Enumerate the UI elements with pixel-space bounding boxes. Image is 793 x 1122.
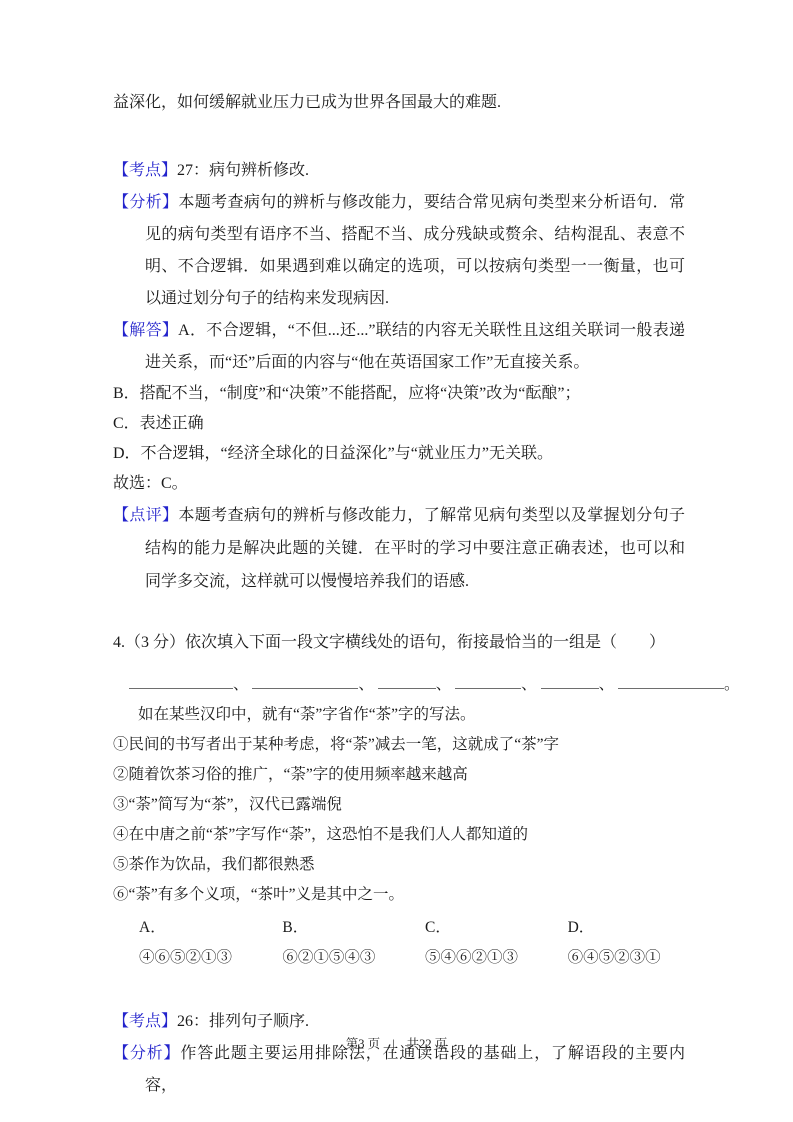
sentence-item-5: ⑤茶作为饮品，我们都很熟悉 [113,850,685,880]
blank-lines-row: 、 、 、 、 、 。 [113,672,685,698]
question4-stem: 4.（3 分）依次填入下面一段文字横线处的语句，衔接最恰当的一组是（ ） [113,628,685,658]
blank-separator: 、 [436,676,452,693]
fenxi-text: 作答此题主要运用排除法，在通读语段的基础上，了解语段的主要内容， [145,1045,685,1094]
blank-line [455,673,521,689]
jieda-paragraph-q3: 【解答】A．不合逻辑，“不但...还...”联结的内容无关联性且这组关联词一般表… [113,315,685,379]
blank-line [378,673,436,689]
blank-line [541,673,599,689]
fenxi-text: 本题考查病句的辨析与修改能力，要结合常见病句类型来分析语句．常见的病句类型有语序… [145,194,685,307]
blank-line [252,673,358,689]
kaodian-text: 27：病句辨析修改. [177,162,309,179]
page-content: 益深化，如何缓解就业压力已成为世界各国最大的难题. 【考点】27：病句辨析修改.… [113,92,685,1102]
jieda-label: 【解答】 [113,322,178,339]
footer-page-current: 第3 页 [346,1037,380,1051]
sentence-item-4: ④在中唐之前“茶”字写作“荼”，这恐怕不是我们人人都知道的 [113,820,685,850]
sentence-item-3: ③“荼”简写为“茶”，汉代已露端倪 [113,790,685,820]
footer-separator: | [392,1037,395,1051]
document-page: 益深化，如何缓解就业压力已成为世界各国最大的难题. 【考点】27：病句辨析修改.… [0,0,793,1122]
page-footer: 第3 页|共22 页 [0,1034,793,1052]
sentence-item-2: ②随着饮茶习俗的推广，“荼”字的使用频率越来越高 [113,760,685,790]
blank-separator: 、 [599,676,615,693]
kaodian-label: 【考点】 [113,162,177,179]
kaodian-label: 【考点】 [113,1013,177,1030]
sentence-item-1: ①民间的书写者出于某种考虑，将“荼”减去一笔，这就成了“茶”字 [113,730,685,760]
blank-separator: 、 [521,676,537,693]
blank-separator: 、 [358,676,374,693]
option-b: B．⑥②①⑤④③ [282,913,399,973]
sentence-item-6: ⑥“荼”有多个义项，“茶叶”义是其中之一。 [113,880,685,910]
sentence-end-mark: 。 [724,676,740,693]
footer-page-total: 共22 页 [407,1037,448,1051]
blank-line [129,673,233,689]
dianping-text: 本题考查病句的辨析与修改能力，了解常见病句类型以及掌握划分句子结构的能力是解决此… [145,507,685,590]
option-d: D．⑥④⑤②③① [568,913,685,973]
answer-options-row: A．④⑥⑤②①③ B．⑥②①⑤④③ C．⑤④⑥②①③ D．⑥④⑤②③① [113,913,685,973]
kaodian-paragraph-q3: 【考点】27：病句辨析修改. [113,155,685,187]
fenxi-label: 【分析】 [113,194,178,211]
blank-separator: 、 [233,676,249,693]
blank-line [618,673,724,689]
fenxi-paragraph-q3: 【分析】本题考查病句的辨析与修改能力，要结合常见病句类型来分析语句．常见的病句类… [113,187,685,315]
option-c: C．⑤④⑥②①③ [425,913,542,973]
dianping-paragraph-q3: 【点评】本题考查病句的辨析与修改能力，了解常见病句类型以及掌握划分句子结构的能力… [113,499,685,598]
dianping-label: 【点评】 [113,507,178,524]
question4-context-line: 如在某些汉印中，就有“荼”字省作“茶”字的写法。 [113,700,685,730]
kaodian-text: 26：排列句子顺序. [177,1013,309,1030]
option-b-analysis: B．搭配不当，“制度”和“决策”不能搭配，应将“决策”改为“酝酿”； [113,379,685,409]
paragraph-continuation: 益深化，如何缓解就业压力已成为世界各国最大的难题. [113,92,685,114]
option-a: A．④⑥⑤②①③ [139,913,256,973]
answer-line: 故选：C。 [113,469,685,499]
option-d-analysis: D．不合逻辑，“经济全球化的日益深化”与“就业压力”无关联。 [113,439,685,469]
jieda-text: A．不合逻辑，“不但...还...”联结的内容无关联性且这组关联词一般表递进关系… [145,322,685,371]
option-c-analysis: C．表述正确 [113,409,685,439]
